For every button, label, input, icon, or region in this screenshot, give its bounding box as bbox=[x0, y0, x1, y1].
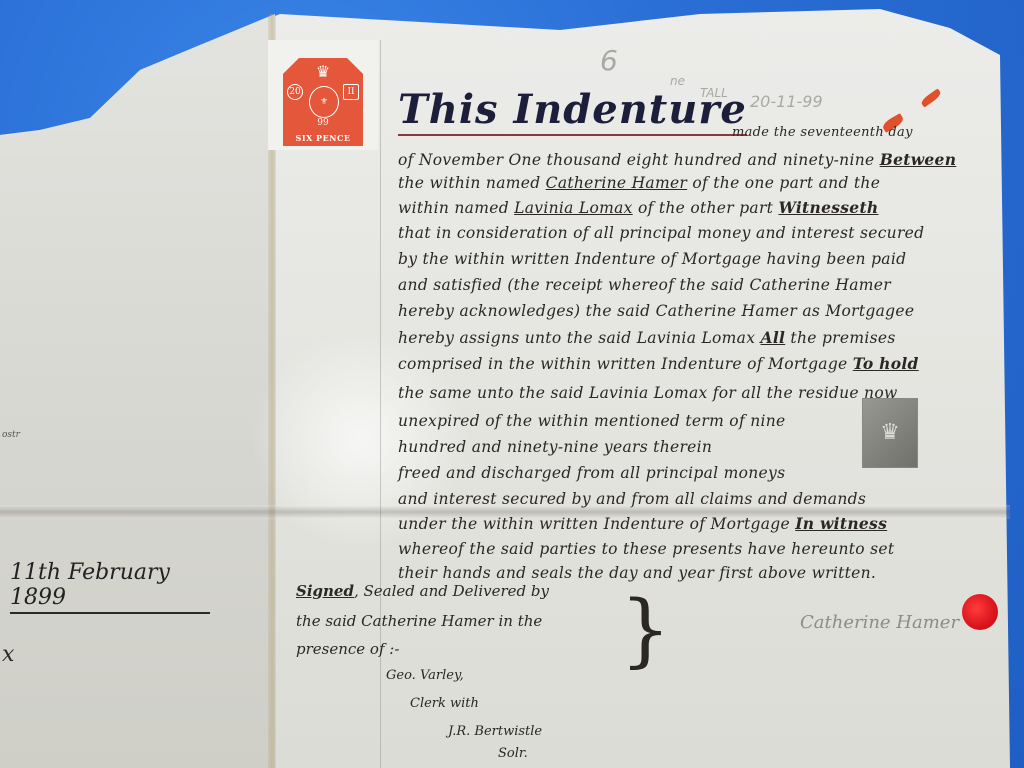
body-line-12: unexpired of the within mentioned term o… bbox=[398, 412, 786, 430]
body-line-5: that in consideration of all principal m… bbox=[398, 224, 924, 242]
margin-rule bbox=[380, 40, 381, 768]
left-page-fragment-small: ostr bbox=[2, 430, 20, 440]
body-line-13: hundred and ninety-nine years therein bbox=[398, 438, 712, 456]
left-page-date: 11th February 1899 bbox=[10, 560, 210, 614]
body-line-7: and satisfied (the receipt whereof the s… bbox=[398, 276, 891, 294]
embossed-revenue-stamp: ♛ bbox=[862, 398, 918, 468]
red-wax-seal bbox=[962, 594, 998, 630]
body-line-6: by the within written Indenture of Mortg… bbox=[398, 250, 906, 268]
signature: Catherine Hamer bbox=[800, 612, 959, 633]
stamp-label: SIX PENCE bbox=[283, 133, 363, 143]
attestation-line-2: the said Catherine Hamer in the bbox=[296, 612, 542, 630]
witness-name: Geo. Varley, bbox=[386, 668, 464, 683]
body-line-10: comprised in the within written Indentur… bbox=[398, 354, 919, 373]
body-line-14: freed and discharged from all principal … bbox=[398, 464, 785, 482]
crown-icon: ♛ bbox=[283, 62, 363, 81]
body-line-18: their hands and seals the day and year f… bbox=[398, 564, 876, 582]
body-line-8: hereby acknowledges) the said Catherine … bbox=[398, 302, 914, 320]
body-line-17: whereof the said parties to these presen… bbox=[398, 540, 894, 558]
stamp-year: 99 bbox=[283, 118, 363, 128]
attestation-line-3: presence of :- bbox=[296, 640, 399, 658]
body-line-9: hereby assigns unto the said Lavinia Lom… bbox=[398, 328, 896, 347]
pencil-note-date: 20-11-99 bbox=[750, 92, 823, 111]
body-line-2: of November One thousand eight hundred a… bbox=[398, 150, 956, 169]
body-line-16: under the within written Indenture of Mo… bbox=[398, 514, 887, 533]
pencil-note-number: 6 bbox=[600, 44, 618, 77]
body-line-15: and interest secured by and from all cla… bbox=[398, 490, 866, 508]
stamp-left-number: 20 bbox=[287, 84, 303, 100]
six-pence-stamp: ♛ 20 II ⚜ 99 SIX PENCE bbox=[283, 58, 363, 146]
attestation-line-1: Signed, Sealed and Delivered by bbox=[296, 582, 549, 600]
body-line-11: the same unto the said Lavinia Lomax for… bbox=[398, 384, 898, 402]
document-title: This Indenture bbox=[398, 86, 747, 136]
witness-title: Solr. bbox=[498, 746, 528, 761]
attestation-brace: } bbox=[620, 590, 671, 670]
shield-icon: ⚜ bbox=[309, 86, 339, 118]
body-line-3: the within named Catherine Hamer of the … bbox=[398, 174, 880, 192]
witness-firm: J.R. Bertwistle bbox=[448, 724, 542, 739]
left-page-fragment: x bbox=[2, 642, 14, 667]
stamp-right-number: II bbox=[343, 84, 359, 100]
body-line-4: within named Lavinia Lomax of the other … bbox=[398, 198, 879, 217]
witness-role: Clerk with bbox=[410, 696, 479, 711]
left-page bbox=[0, 0, 275, 768]
body-line-1: made the seventeenth day bbox=[732, 125, 913, 140]
